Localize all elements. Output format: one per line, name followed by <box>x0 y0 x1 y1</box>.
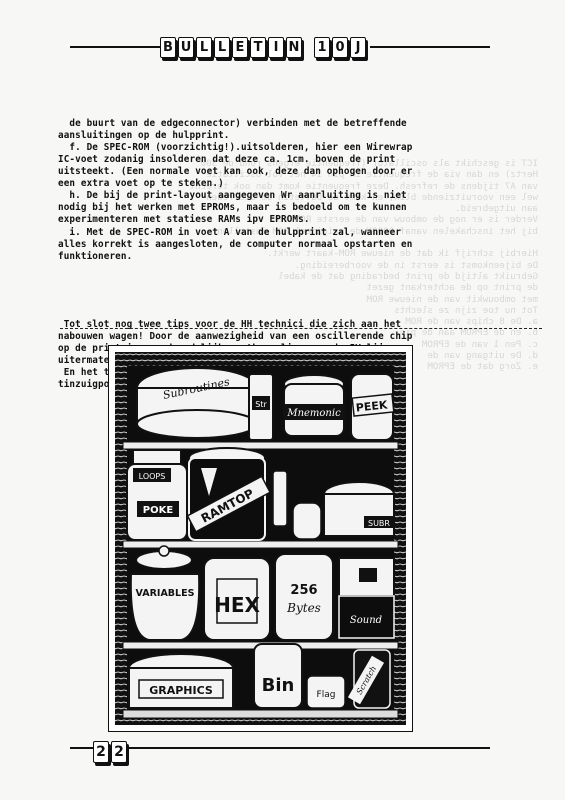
title-letter-tile: B <box>160 37 176 58</box>
page-number-digit: 2 <box>93 741 109 763</box>
footer-rule <box>70 747 490 749</box>
text-line: nabouwen wagen! Door de aanwezigheid van… <box>58 331 518 343</box>
issue-number-tile: J <box>350 37 366 58</box>
text-line: aansluitingen op de hulpprint. <box>58 130 518 142</box>
text-line: h. De bij de print-layout aangegeven Wr … <box>58 190 518 202</box>
text-line: de buurt van de edgeconnector) verbinden… <box>58 118 518 130</box>
title-letter-tile: I <box>268 37 284 58</box>
jar-label: HEX <box>214 593 260 617</box>
jar-label: 256 <box>290 583 317 598</box>
text-line: IC-voet zodanig insolderen dat deze ca. … <box>58 154 518 166</box>
section-divider <box>60 328 542 329</box>
jar-label: Bytes <box>286 601 321 615</box>
text-line: Tot slot nog twee tips voor de HH techni… <box>58 319 518 331</box>
page-number: 22 <box>93 741 127 763</box>
title-letter-tile: L <box>214 37 230 58</box>
jar-label: Str <box>255 400 267 409</box>
text-line: uitsteekt. (Een normale voet kan ook, de… <box>58 166 518 178</box>
jar-label: Flag <box>317 690 336 700</box>
title-letter-tile: L <box>196 37 212 58</box>
cabinet-illustration: Subroutines Str Mnemonic PEEK LOOPS POKE… <box>108 345 413 732</box>
text-line: f. De SPEC-ROM (voorzichtig!).uitsoldere… <box>58 142 518 154</box>
jar-label: VARIABLES <box>136 588 195 599</box>
issue-number-tile: 0 <box>332 37 348 58</box>
text-line: een extra voet op te steken.) <box>58 178 518 190</box>
header-title: BULLETIN10J <box>160 37 366 58</box>
title-letter-tile: E <box>232 37 248 58</box>
title-letter-tile: U <box>178 37 194 58</box>
jar-label: Bin <box>262 675 295 696</box>
instruction-paragraphs: de buurt van de edgeconnector) verbinden… <box>58 118 518 263</box>
text-line: nodig bij het werken met EPROMs, maar is… <box>58 202 518 214</box>
jar-label: Mnemonic <box>286 408 341 419</box>
page-number-digit: 2 <box>111 741 127 763</box>
title-letter-tile: N <box>286 37 302 58</box>
text-line: experimenteren met statiese RAMs ipv EPR… <box>58 214 518 226</box>
header-rule-right <box>370 46 490 48</box>
jar-label: SUBR <box>368 519 390 528</box>
header-rule-left <box>70 46 162 48</box>
jar-label: GRAPHICS <box>149 684 213 697</box>
title-letter-tile: T <box>250 37 266 58</box>
text-line: i. Met de SPEC-ROM in voet A van de hulp… <box>58 227 518 239</box>
jar-label: Sound <box>350 615 382 626</box>
jar-label: POKE <box>143 505 174 516</box>
text-line: alles korrekt is aangesloten, de compute… <box>58 239 518 251</box>
text-line: funktioneren. <box>58 251 518 263</box>
document-page: ICT is geschikt als oscillator (frequent… <box>0 0 565 800</box>
jar-label: LOOPS <box>139 472 166 481</box>
cabinet-drawing: Subroutines Str Mnemonic PEEK LOOPS POKE… <box>109 346 412 731</box>
issue-number-tile: 1 <box>314 37 330 58</box>
